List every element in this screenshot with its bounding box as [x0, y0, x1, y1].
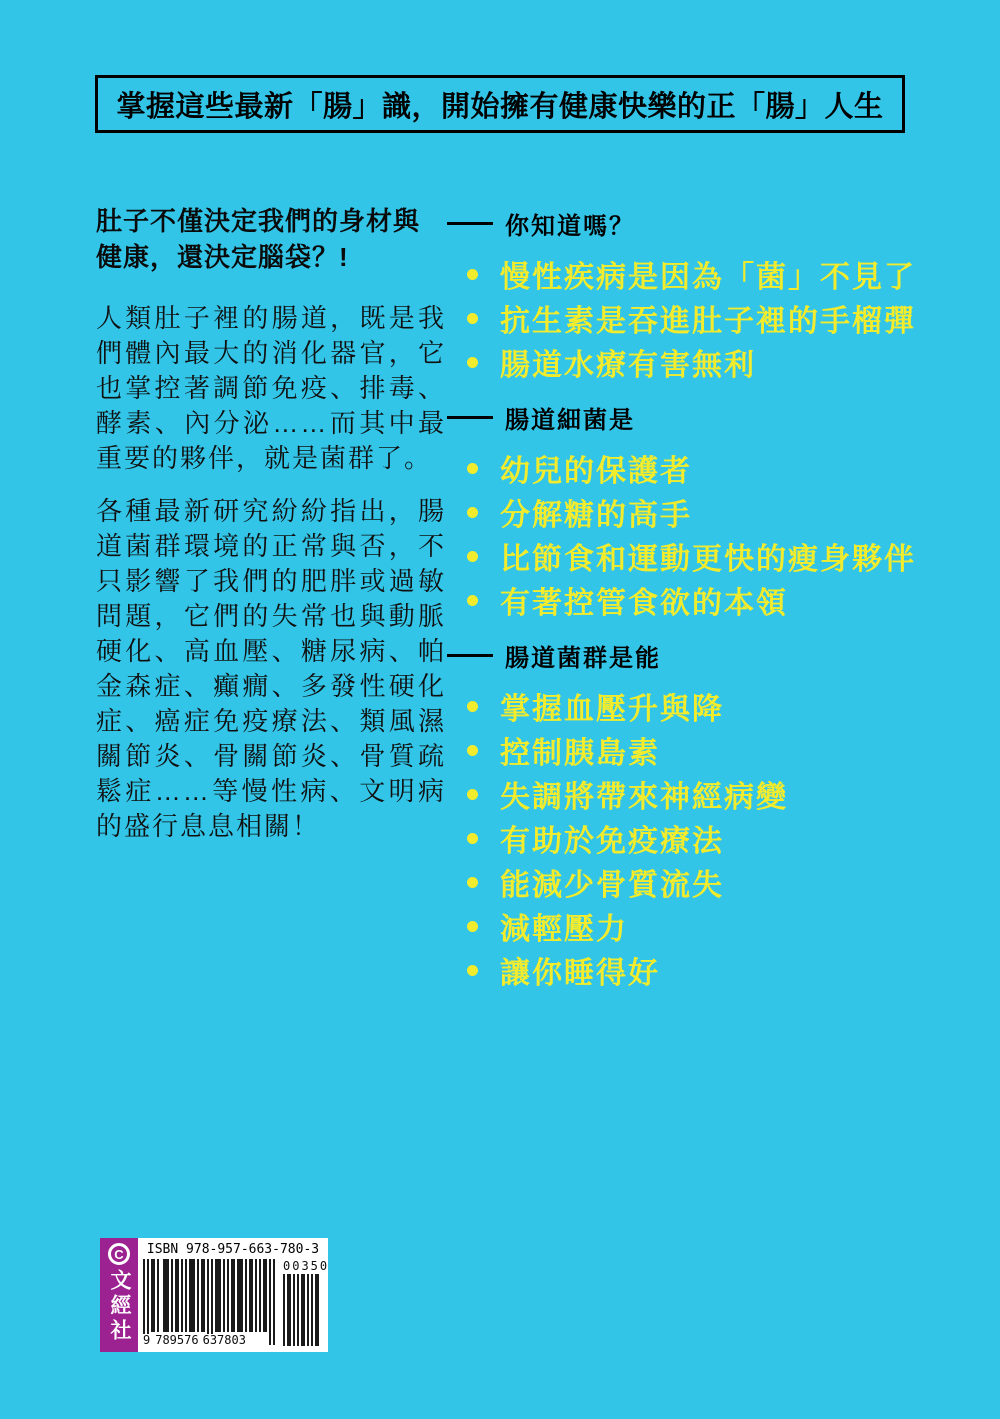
- section-gut-flora-can: 腸道菌群是能 掌握血壓升與降 控制胰島素 失調將帶來神經病變 有助於免疫療法: [447, 640, 952, 992]
- publisher-name: 文經社: [104, 1269, 134, 1344]
- top-banner: 掌握這些最新「腸」識，開始擁有健康快樂的正「腸」人生: [95, 75, 905, 133]
- intro-paragraph-2: 各種最新研究紛紛指出，腸道菌群環境的正常與否，不只影響了我們的肥胖或過敏問題，它…: [96, 494, 446, 844]
- addon-barcode: 00350: [283, 1259, 321, 1349]
- bullet-icon: [467, 965, 478, 976]
- section-header: 你知道嗎？: [447, 208, 952, 238]
- section-did-you-know: 你知道嗎？ 慢性疾病是因為「菌」不見了 抗生素是吞進肚子裡的手榴彈 腸道水療有害…: [447, 208, 952, 384]
- bullet-label: 控制胰島素: [500, 728, 660, 772]
- section-title: 你知道嗎？: [505, 206, 635, 241]
- bullet-icon: [467, 833, 478, 844]
- bullet-label: 有助於免疫療法: [500, 816, 724, 860]
- ean-group-2: 637803: [201, 1334, 248, 1347]
- dash-rule: [447, 222, 493, 225]
- list-item: 讓你睡得好: [447, 948, 952, 992]
- ean13-barcode: 9 789576 637803: [143, 1259, 275, 1347]
- list-item: 有助於免疫療法: [447, 816, 952, 860]
- bullet-list: 幼兒的保護者 分解糖的高手 比節食和運動更快的瘦身夥伴 有著控管食欲的本領: [447, 446, 952, 622]
- list-item: 腸道水療有害無利: [447, 340, 952, 384]
- book-back-cover: 掌握這些最新「腸」識，開始擁有健康快樂的正「腸」人生 肚子不僅決定我們的身材與健…: [0, 0, 1000, 1419]
- bullet-label: 減輕壓力: [500, 904, 628, 948]
- publisher-logo-icon: C: [108, 1243, 130, 1265]
- list-item: 控制胰島素: [447, 728, 952, 772]
- bullet-label: 失調將帶來神經病變: [500, 772, 788, 816]
- dash-rule: [447, 654, 493, 657]
- addon-code: 00350: [283, 1259, 321, 1273]
- bullet-label: 掌握血壓升與降: [500, 684, 724, 728]
- list-item: 比節食和運動更快的瘦身夥伴: [447, 534, 952, 578]
- intro-column: 肚子不僅決定我們的身材與健康，還決定腦袋？! 人類肚子裡的腸道，既是我們體內最大…: [96, 203, 446, 862]
- list-item: 能減少骨質流失: [447, 860, 952, 904]
- codes-row: 9 789576 637803 00350: [143, 1259, 323, 1349]
- dash-rule: [447, 416, 493, 419]
- bullet-list: 慢性疾病是因為「菌」不見了 抗生素是吞進肚子裡的手榴彈 腸道水療有害無利: [447, 252, 952, 384]
- bullet-list: 掌握血壓升與降 控制胰島素 失調將帶來神經病變 有助於免疫療法 能減少骨質流失: [447, 684, 952, 992]
- highlights-column: 你知道嗎？ 慢性疾病是因為「菌」不見了 抗生素是吞進肚子裡的手榴彈 腸道水療有害…: [447, 208, 952, 1010]
- isbn-label: ISBN 978-957-663-780-3: [143, 1242, 323, 1257]
- bullet-label: 分解糖的高手: [500, 490, 692, 534]
- publisher-strip: C 文經社: [100, 1238, 138, 1352]
- section-header: 腸道菌群是能: [447, 640, 952, 670]
- bullet-icon: [467, 745, 478, 756]
- section-title: 腸道細菌是: [505, 400, 635, 435]
- section-header: 腸道細菌是: [447, 402, 952, 432]
- list-item: 抗生素是吞進肚子裡的手榴彈: [447, 296, 952, 340]
- bullet-icon: [467, 789, 478, 800]
- bullet-icon: [467, 463, 478, 474]
- bullet-label: 幼兒的保護者: [500, 446, 692, 490]
- isbn-barcode-block: C 文經社 ISBN 978-957-663-780-3: [100, 1238, 328, 1352]
- barcode-panel: ISBN 978-957-663-780-3: [138, 1238, 328, 1352]
- bullet-icon: [467, 357, 478, 368]
- list-item: 掌握血壓升與降: [447, 684, 952, 728]
- list-item: 減輕壓力: [447, 904, 952, 948]
- bullet-icon: [467, 701, 478, 712]
- bullet-icon: [467, 877, 478, 888]
- bullet-label: 腸道水療有害無利: [500, 340, 756, 384]
- bullet-label: 讓你睡得好: [500, 948, 660, 992]
- bullet-icon: [467, 313, 478, 324]
- bullet-icon: [467, 921, 478, 932]
- bullet-label: 慢性疾病是因為「菌」不見了: [500, 252, 916, 296]
- list-item: 慢性疾病是因為「菌」不見了: [447, 252, 952, 296]
- bullet-icon: [467, 595, 478, 606]
- addon-bars-icon: [283, 1274, 321, 1346]
- bullet-icon: [467, 551, 478, 562]
- banner-tagline: 掌握這些最新「腸」識，開始擁有健康快樂的正「腸」人生: [116, 84, 883, 125]
- section-gut-bacteria-are: 腸道細菌是 幼兒的保護者 分解糖的高手 比節食和運動更快的瘦身夥伴 有著控管食: [447, 402, 952, 622]
- section-title: 腸道菌群是能: [505, 638, 661, 673]
- list-item: 失調將帶來神經病變: [447, 772, 952, 816]
- intro-heading: 肚子不僅決定我們的身材與健康，還決定腦袋？!: [96, 203, 446, 275]
- bullet-label: 能減少骨質流失: [500, 860, 724, 904]
- bullet-label: 有著控管食欲的本領: [500, 578, 788, 622]
- ean-digits: 9 789576 637803: [143, 1334, 275, 1347]
- bullet-label: 抗生素是吞進肚子裡的手榴彈: [500, 296, 916, 340]
- bullet-icon: [467, 269, 478, 280]
- ean-lead-digit: 9: [143, 1334, 153, 1347]
- bullet-icon: [467, 507, 478, 518]
- ean-group-1: 789576: [153, 1334, 200, 1347]
- publisher-logo-letter: C: [114, 1248, 123, 1261]
- list-item: 幼兒的保護者: [447, 446, 952, 490]
- bullet-label: 比節食和運動更快的瘦身夥伴: [500, 534, 916, 578]
- intro-paragraph-1: 人類肚子裡的腸道，既是我們體內最大的消化器官，它也掌控著調節免疫、排毒、酵素、內…: [96, 301, 446, 476]
- list-item: 有著控管食欲的本領: [447, 578, 952, 622]
- list-item: 分解糖的高手: [447, 490, 952, 534]
